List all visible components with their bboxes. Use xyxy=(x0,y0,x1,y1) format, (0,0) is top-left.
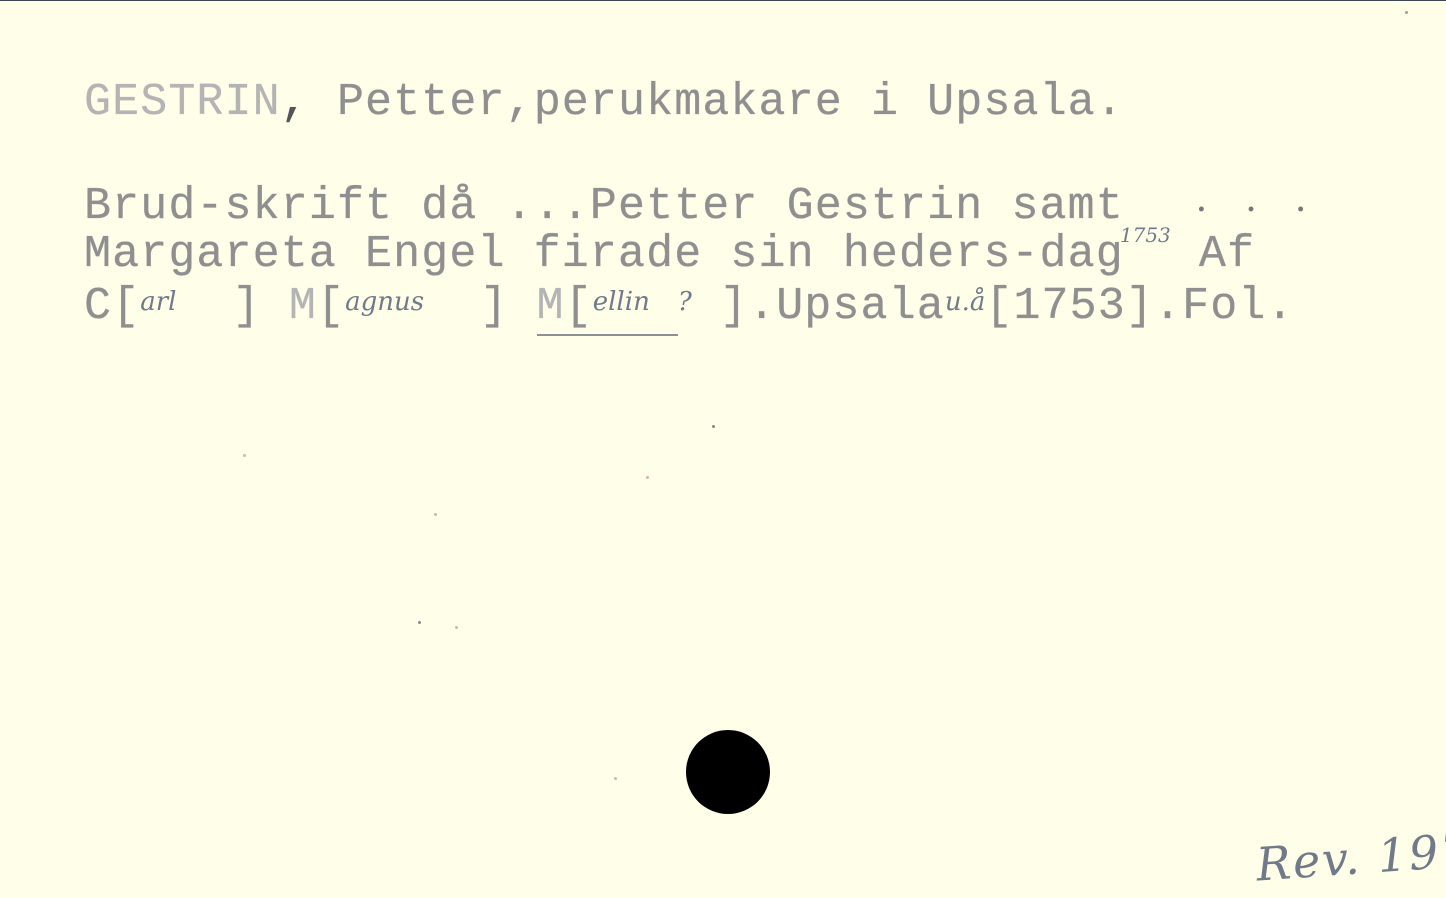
handwritten-place-note: u.å xyxy=(945,287,986,317)
title-line-2-end: Af xyxy=(1199,229,1255,280)
punch-hole xyxy=(686,730,770,814)
title-line-3: C[arl ] M[agnus ] M[ellin ? ].Upsalau.å[… xyxy=(84,281,1295,332)
superscript-dots: • • • xyxy=(1196,201,1320,221)
handwritten-name-carl: arl xyxy=(140,287,176,317)
initial-c: C xyxy=(84,281,112,332)
catalog-card: GESTRIN, Petter,perukmakare i Upsala. Br… xyxy=(0,0,1446,898)
title-line-2-text: Margareta Engel firade sin heders-dag xyxy=(84,229,1124,280)
handwritten-revision-note: Rev. 1970 xyxy=(1254,820,1446,891)
format-fol: .Fol. xyxy=(1154,281,1295,332)
publication-year: 1753 xyxy=(1013,281,1125,332)
handwritten-name-mellin: ellin xyxy=(593,287,650,317)
author-given-name: Petter, xyxy=(337,77,534,128)
handwritten-name-magnus: agnus xyxy=(345,287,424,317)
initial-m-1: M xyxy=(289,281,317,332)
author-surname: GESTRIN xyxy=(84,77,281,128)
publication-place: .Upsala xyxy=(748,281,945,332)
paper-speck xyxy=(418,621,421,624)
paper-speck xyxy=(243,454,246,457)
paper-speck xyxy=(434,513,437,516)
paper-speck xyxy=(712,425,715,428)
paper-speck xyxy=(455,626,458,629)
title-line-2: Margareta Engel firade sin heders-dag175… xyxy=(84,229,1255,280)
title-line-1: Brud-skrift då ...Petter Gestrin samt xyxy=(84,181,1124,232)
author-place: i Upsala. xyxy=(871,77,1124,128)
author-occupation: perukmakare xyxy=(534,77,843,128)
heading-comma: , xyxy=(281,77,309,128)
handwritten-date-annotation: 1753 xyxy=(1120,223,1171,247)
handwritten-query-mark: ? xyxy=(678,287,692,317)
heading-line: GESTRIN, Petter,perukmakare i Upsala. xyxy=(84,77,1124,128)
underlined-third-name: M[ellin xyxy=(537,281,678,336)
paper-speck xyxy=(1405,11,1408,14)
paper-speck xyxy=(646,476,649,479)
paper-speck xyxy=(614,777,617,780)
initial-m-2: M xyxy=(537,281,565,332)
